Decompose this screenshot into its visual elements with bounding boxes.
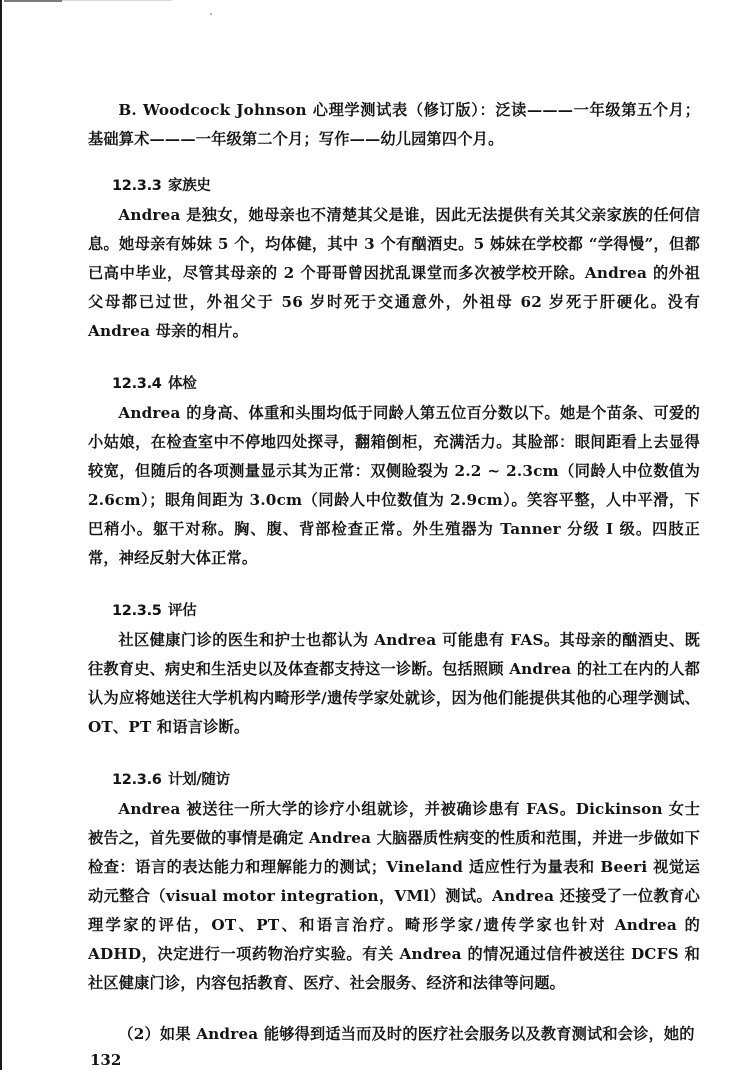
page-content: B. Woodcock Johnson 心理学测试表（修订版）：泛读———一年级… (88, 96, 700, 1070)
page-left-border (0, 0, 2, 1070)
section-title: 家族史 (168, 178, 211, 194)
section-number: 12.3.5 (112, 597, 168, 626)
scan-speck (210, 13, 212, 15)
closing-paragraph: （2）如果 Andrea 能够得到适当而及时的医疗社会服务以及教育测试和会诊，她… (88, 1020, 700, 1049)
scan-artifact-bar (4, 0, 62, 2)
intro-paragraph: B. Woodcock Johnson 心理学测试表（修订版）：泛读———一年级… (88, 96, 700, 154)
section-body-assessment: 社区健康门诊的医生和护士也都认为 Andrea 可能患有 FAS。其母亲的酗酒史… (88, 626, 700, 742)
section-title: 计划/随访 (168, 772, 230, 788)
section-heading-plan-followup: 12.3.6计划/随访 (88, 766, 700, 795)
section-body-plan-followup: Andrea 被送往一所大学的诊疗小组就诊，并被确诊患有 FAS。Dickins… (88, 795, 700, 998)
section-heading-assessment: 12.3.5评估 (88, 597, 700, 626)
section-heading-physical-exam: 12.3.4体检 (88, 370, 700, 399)
section-body-physical-exam: Andrea 的身高、体重和头围均低于同龄人第五位百分数以下。她是个苗条、可爱的… (88, 399, 700, 573)
page-number: 132 (88, 1049, 700, 1070)
scan-artifact-line (62, 0, 172, 1)
section-number: 12.3.4 (112, 370, 168, 399)
section-title: 体检 (168, 376, 196, 392)
section-body-family-history: Andrea 是独女，她母亲也不清楚其父是谁，因此无法提供有关其父亲家族的任何信… (88, 201, 700, 346)
section-heading-family-history: 12.3.3家族史 (88, 172, 700, 201)
section-number: 12.3.6 (112, 766, 168, 795)
section-title: 评估 (168, 603, 196, 619)
section-number: 12.3.3 (112, 172, 168, 201)
